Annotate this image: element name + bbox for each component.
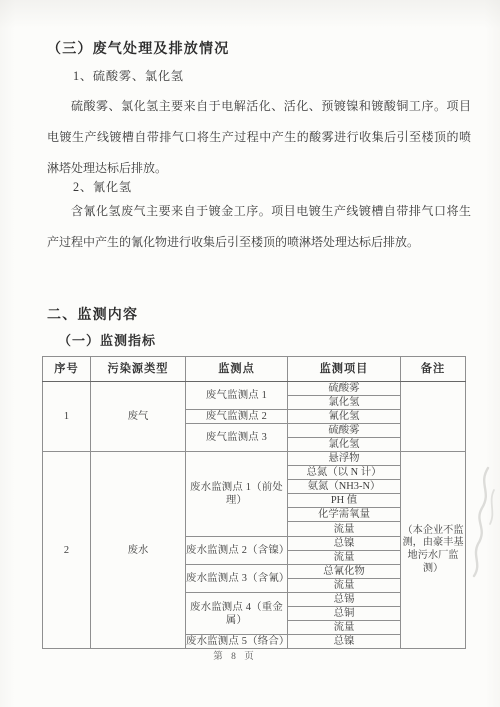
column-header: 备注 <box>401 357 466 382</box>
section-monitoring-heading: 二、监测内容 <box>47 304 138 324</box>
paragraph-line: 硫酸雾、氯化氢主要来自于电解活化、活化、预镀镍和镀酸铜工序。项目 <box>47 91 471 122</box>
cell-monitoring-point: 废水监测点 5（络合） <box>186 635 288 649</box>
cell-monitoring-point: 废气监测点 1 <box>186 382 288 410</box>
cell-monitoring-item: 流量 <box>288 578 401 592</box>
cell-remark: （本企业不监测，由豪丰基地污水厂监测） <box>401 452 466 649</box>
cell-serial-no: 2 <box>43 452 91 649</box>
cell-monitoring-item: 氯化氢 <box>288 396 401 410</box>
cell-pollution-source-type: 废水 <box>91 452 186 649</box>
cell-monitoring-item: 悬浮物 <box>288 452 401 466</box>
table-header-row: 序号污染源类型监测点监测项目备注 <box>43 357 466 382</box>
cell-monitoring-item: 总氮（以 N 计） <box>288 466 401 480</box>
cell-monitoring-item: 总镍 <box>288 635 401 649</box>
cell-monitoring-item: 硫酸雾 <box>288 424 401 438</box>
cell-monitoring-item: 氨氮（NH3-N） <box>288 480 401 494</box>
cell-monitoring-item: PH 值 <box>288 494 401 508</box>
cell-monitoring-item: 总铜 <box>288 607 401 621</box>
cell-monitoring-item: 硫酸雾 <box>288 382 401 396</box>
column-header: 污染源类型 <box>91 357 186 382</box>
document-page: （三）废气处理及排放情况 1、硫酸雾、氯化氢 硫酸雾、氯化氢主要来自于电解活化、… <box>0 0 500 707</box>
cell-monitoring-point: 废气监测点 3 <box>186 424 288 452</box>
table-row: 2废水废水监测点 1（前处理）悬浮物（本企业不监测，由豪丰基地污水厂监测） <box>43 452 466 466</box>
cell-monitoring-item: 总氰化物 <box>288 564 401 578</box>
cell-pollution-source-type: 废气 <box>91 382 186 452</box>
cell-monitoring-point: 废水监测点 1（前处理） <box>186 452 288 537</box>
column-header: 监测点 <box>186 357 288 382</box>
subsection-sulfuric-title: 1、硫酸雾、氯化氢 <box>73 67 184 84</box>
cell-monitoring-item: 氰化氢 <box>288 410 401 424</box>
cell-monitoring-item: 总镍 <box>288 536 401 550</box>
paragraph-line: 产过程中产生的氰化物进行收集后引至楼顶的喷淋塔处理达标后排放。 <box>47 227 471 258</box>
paragraph-cyanide: 含氰化氢废气主要来自于镀金工序。项目电镀生产线镀槽自带排气口将生产过程中产生的氰… <box>47 196 471 258</box>
monitoring-indicator-subheading: （一）监测指标 <box>58 330 156 349</box>
monitoring-table: 序号污染源类型监测点监测项目备注 1废气废气监测点 1硫酸雾氯化氢废气监测点 2… <box>42 356 466 649</box>
cell-monitoring-item: 流量 <box>288 522 401 536</box>
cell-monitoring-point: 废水监测点 3（含氰） <box>186 564 288 592</box>
page-number: 第 8 页 <box>0 648 470 662</box>
table-row: 1废气废气监测点 1硫酸雾 <box>43 382 466 396</box>
table-body: 1废气废气监测点 1硫酸雾氯化氢废气监测点 2氰化氢废气监测点 3硫酸雾氯化氢2… <box>43 382 466 649</box>
column-header: 监测项目 <box>288 357 401 382</box>
cell-monitoring-item: 流量 <box>288 550 401 564</box>
cell-monitoring-point: 废气监测点 2 <box>186 410 288 424</box>
cell-monitoring-item: 化学需氧量 <box>288 508 401 522</box>
cell-monitoring-item: 氯化氢 <box>288 438 401 452</box>
paragraph-line: 电镀生产线镀槽自带排气口将生产过程中产生的酸雾进行收集后引至楼顶的喷 <box>47 122 471 153</box>
cell-monitoring-item: 流量 <box>288 621 401 635</box>
cell-remark <box>401 382 466 452</box>
cell-monitoring-point: 废水监测点 4（重金属） <box>186 592 288 634</box>
cell-monitoring-item: 总锡 <box>288 592 401 606</box>
subsection-cyanide-title: 2、氰化氢 <box>73 178 132 195</box>
cell-serial-no: 1 <box>43 382 91 452</box>
column-header: 序号 <box>43 357 91 382</box>
section-gas-heading: （三）废气处理及排放情况 <box>47 38 229 58</box>
cell-monitoring-point: 废水监测点 2（含镍） <box>186 536 288 564</box>
paragraph-line: 含氰化氢废气主要来自于镀金工序。项目电镀生产线镀槽自带排气口将生 <box>47 196 471 227</box>
paragraph-sulfuric: 硫酸雾、氯化氢主要来自于电解活化、活化、预镀镍和镀酸铜工序。项目电镀生产线镀槽自… <box>47 91 471 184</box>
